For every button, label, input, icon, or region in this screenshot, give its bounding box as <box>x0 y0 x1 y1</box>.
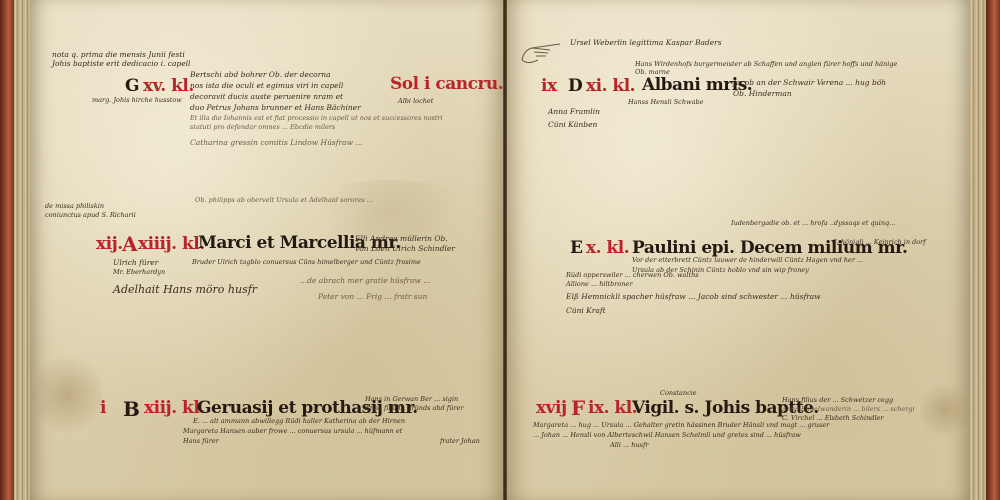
dominical-letter: F <box>571 396 585 420</box>
dominical-letter: B <box>123 397 139 421</box>
entry-text: Hans fürer <box>183 437 219 445</box>
entry-text: Hans filius der ... Schwetzer cegg <box>782 396 893 404</box>
dominical-letter: A <box>122 232 137 256</box>
entry-text: von Löen Ulrich Schindler <box>355 244 455 253</box>
day-rubric: xi. kl. <box>586 76 635 96</box>
margin-note-right: Albi lochet <box>398 97 433 105</box>
margin-note: Johis baptiste erit dedicacio i. capell <box>52 59 190 68</box>
page-edges-right <box>970 0 986 500</box>
entry-text: Rüdi opperswiler ... cherwen Ob. walths <box>566 271 699 279</box>
binding-left <box>0 0 14 500</box>
day-rubric: xiiij. kl. <box>138 234 205 254</box>
golden-number: xij. <box>96 234 123 254</box>
margin-note-left: Anna Framlin <box>548 107 600 116</box>
entry-text: Peter von ... Frig ... fratr sun <box>318 292 427 301</box>
margin-note: Ursel Weberlin legittima Kaspar Baders <box>570 38 722 47</box>
entry-text: E. ... alt ammann abwillegg Rüdi haller … <box>193 417 405 425</box>
entry-text: Alli ... husfr <box>610 441 648 449</box>
manicule-pointing-hand-icon <box>520 38 564 66</box>
entry-text: Adelhait Hans möro husfr <box>113 283 257 296</box>
margin-note: nota q. prima die mensis Junii festi <box>52 50 185 59</box>
entry-text: Anna filia C. gründs abd fürer <box>365 404 463 412</box>
entry-text: Anna Engelwanderin ... bilers ... scherg… <box>782 405 915 413</box>
entry-text: decoravit ducis auste peruenire nram et <box>190 92 343 101</box>
margin-note-left: Cüni Künben <box>548 120 597 129</box>
entry-text: Et illa die Iohannis est et fiat process… <box>190 114 443 122</box>
entry-text: Hanss Hensli Schwabe <box>628 98 703 106</box>
stain <box>300 180 480 240</box>
gutter <box>503 0 507 500</box>
day-rubric: xv. kl. <box>143 76 194 96</box>
margin-note-left: marg. Johis hirche husstow <box>92 96 182 104</box>
entry-text: Margareta ... hug ... Ursula ... Gehalte… <box>533 421 829 429</box>
page-edges-left <box>14 0 30 500</box>
entry-text: Jacob an der Schwair Verena ... hug böh <box>733 78 886 87</box>
entry-text: nos ista die oculi et egimus viri in cap… <box>190 81 343 90</box>
entry-text: Allione ... hiltbroner <box>566 280 633 288</box>
stain <box>920 380 970 440</box>
entry-text: Bertschi abd bohrer Ob. der decorna <box>190 70 331 79</box>
dominical-letter: G <box>125 76 139 96</box>
entry-text: C. hönigli ... Keinrich in dorf <box>832 238 926 246</box>
dominical-letter: D <box>568 76 582 96</box>
day-rubric: xiij. kl. <box>144 398 205 418</box>
margin-note-left: Mr. Eberhardyn <box>113 268 165 276</box>
interlinear-note: Constancie <box>660 389 697 397</box>
stain <box>32 350 102 440</box>
margin-note: coniunctus apud S. Richarii <box>45 211 136 219</box>
entry-text: Ob. Hinderman <box>733 89 792 98</box>
golden-number: xvij <box>536 398 567 418</box>
astronomical-rubric: Sol i cancru. <box>390 74 503 94</box>
margin-note: Ob. philipps ab obervelt Ursula et Adelh… <box>195 196 373 204</box>
day-rubric: x. kl. <box>586 238 629 258</box>
binding-right <box>986 0 1000 500</box>
margin-note: de missa philiskin <box>45 202 104 210</box>
entry-text: statuti pro defendar omnes ... Ebcdie mi… <box>190 123 335 131</box>
golden-number: ix <box>541 76 557 96</box>
entry-text: duo Petrus Johans brunner et Hans Bächin… <box>190 103 361 112</box>
golden-number: i <box>100 398 106 418</box>
entry-text: Hans in Gerwan Ber ... sigin <box>365 395 458 403</box>
entry-text: Margareta Hansen auber frowe ... conuers… <box>183 427 402 435</box>
day-rubric: ix. kl. <box>588 398 637 418</box>
margin-note: Iudenbergadie ob. et ... hrofa ..dyssaqs… <box>731 219 895 227</box>
dominical-letter: E <box>570 238 582 258</box>
entry-text: Catharina gressin comitis Lindow Hüsfraw… <box>190 138 363 147</box>
entry-text: Elß Hemnickli spacher hüsfraw ... Jacob … <box>566 292 821 301</box>
entry-text: Vor der etterbrett Cüntz lauwer de hinde… <box>632 256 863 264</box>
entry-text: Bruder Ulrich tagblo conuersus Cüns hime… <box>192 258 421 266</box>
entry-text: Hans Wirdenhofs burgermeister ab Schaffe… <box>635 60 897 68</box>
entry-text: ...de abrach mer gratie hüsfraw ... <box>300 276 430 285</box>
entry-text: ... Johan ... Hensli von Alberteschwil H… <box>533 431 801 439</box>
entry-text: Elli Andrea müllerin Ob. <box>355 234 448 243</box>
margin-note-left: Ulrich fürer <box>113 258 158 267</box>
entry-text: Cüni Kraft <box>566 306 606 315</box>
entry-text: frater Johan <box>440 437 480 445</box>
